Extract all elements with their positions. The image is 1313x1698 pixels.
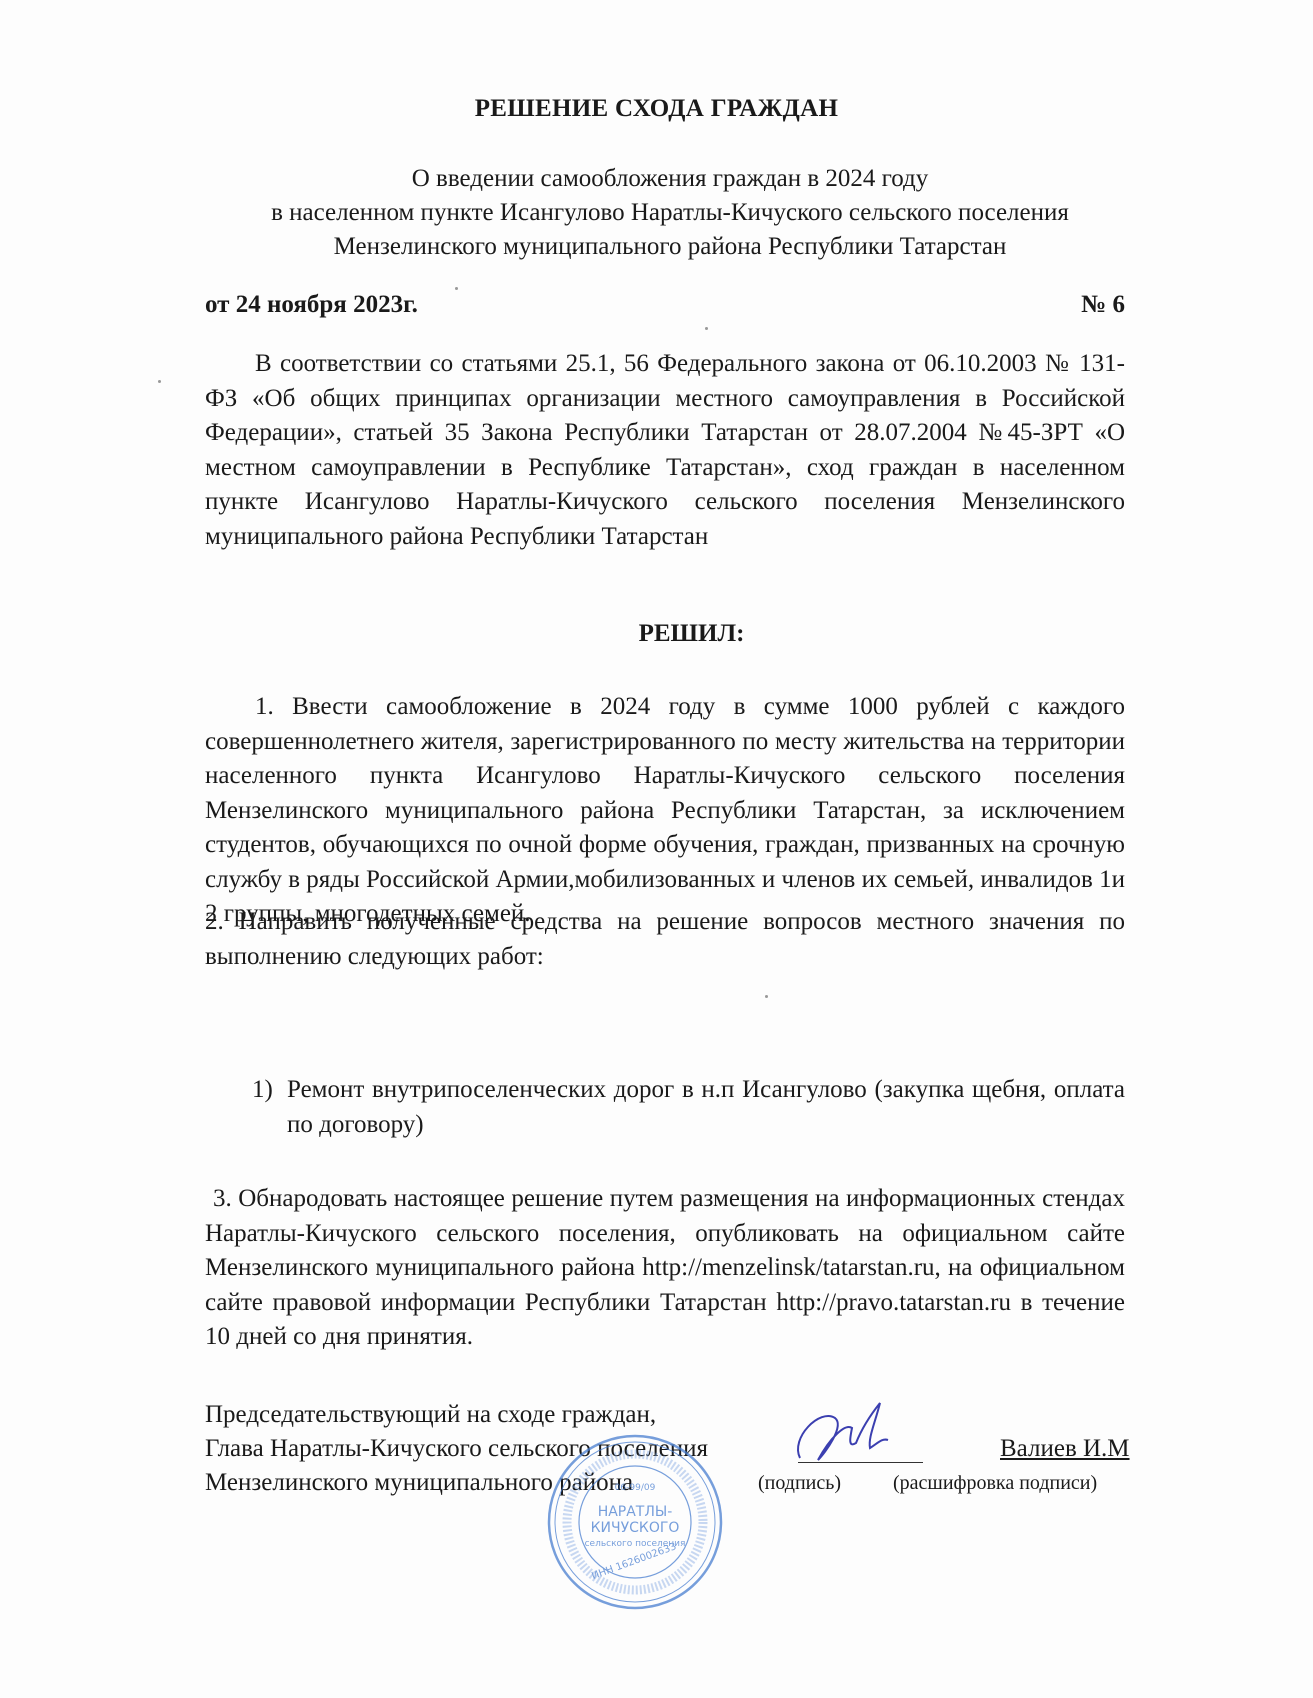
document-meta: от 24 ноября 2023г. № 6 [205, 291, 1125, 319]
signer-name: Валиев И.М [1000, 1432, 1130, 1466]
subtitle-line: в населенном пункте Исангулово Наратлы-К… [200, 196, 1140, 230]
document-number: № 6 [1081, 291, 1125, 319]
document-page: РЕШЕНИЕ СХОДА ГРАЖДАН О введении самообл… [0, 0, 1313, 1698]
works-list-item: Ремонт внутрипоселенческих дорог в н.п И… [287, 1073, 1125, 1142]
svg-text:КИЧУСКОГО: КИЧУСКОГО [591, 1520, 680, 1536]
name-caption: (расшифровка подписи) [893, 1466, 1097, 1500]
resolution-item-2: 2. Направить полученные средства на реше… [205, 905, 1125, 974]
svg-text:НАРАТЛЫ-: НАРАТЛЫ- [598, 1504, 673, 1520]
resolution-item-3: 3. Обнародовать настоящее решение путем … [205, 1182, 1125, 1355]
signature-caption: (подпись) [758, 1466, 841, 1500]
scan-speck [705, 327, 708, 330]
svg-text:06-99/09: 06-99/09 [615, 1483, 656, 1493]
resolution-item-1: 1. Ввести самообложение в 2024 году в су… [205, 690, 1125, 932]
works-list: 1) Ремонт внутрипоселенческих дорог в н.… [252, 1073, 1125, 1142]
scan-speck [158, 380, 161, 383]
document-subtitle: О введении самообложения граждан в 2024 … [200, 162, 1140, 264]
scan-speck [765, 995, 768, 998]
document-title: РЕШЕНИЕ СХОДА ГРАЖДАН [0, 95, 1313, 123]
works-list-marker: 1) [252, 1073, 273, 1108]
subtitle-line: Мензелинского муниципального района Респ… [200, 230, 1140, 264]
handwritten-signature-icon [790, 1398, 910, 1468]
preamble-paragraph: В соответствии со статьями 25.1, 56 Феде… [205, 347, 1125, 554]
official-stamp-icon: 06-99/09 НАРАТЛЫ- КИЧУСКОГО сельского по… [545, 1432, 725, 1612]
document-date: от 24 ноября 2023г. [205, 291, 418, 318]
scan-speck [455, 287, 458, 290]
subtitle-line: О введении самообложения граждан в 2024 … [200, 162, 1140, 196]
resolved-heading: РЕШИЛ: [0, 620, 1313, 648]
chair-title: Председательствующий на сходе граждан, [205, 1401, 656, 1428]
